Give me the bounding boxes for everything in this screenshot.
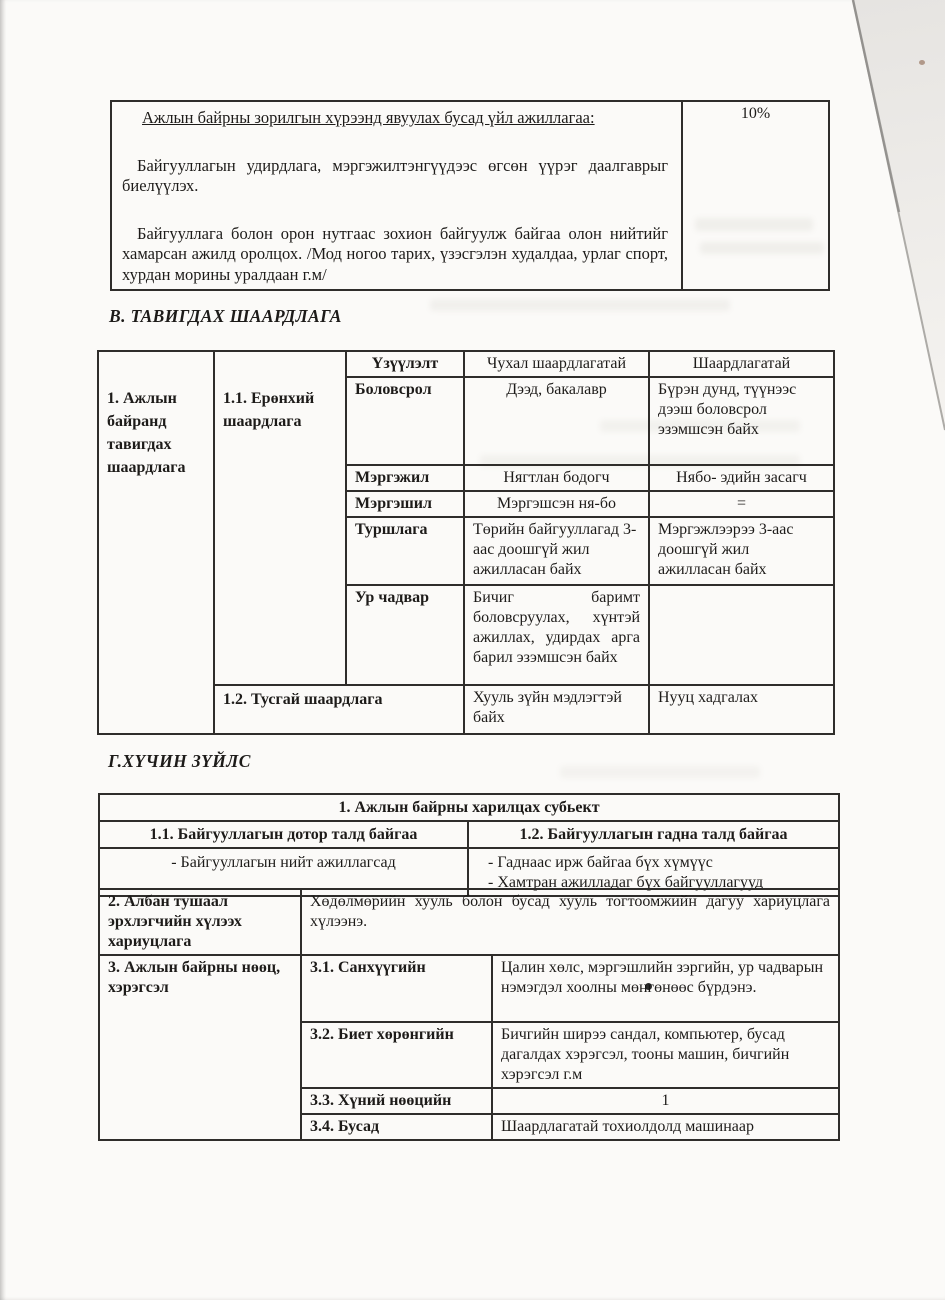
resource-row-label: 3.2. Биет хөрөнгийн xyxy=(301,1022,492,1088)
resource-row-label: 3.4. Бусад xyxy=(301,1114,492,1140)
scan-dot-artifact xyxy=(645,983,652,990)
percent-value: 10% xyxy=(741,105,770,122)
responsibility-label: 2. Албан тушаал эрхлэгчийн хүлээх хариуц… xyxy=(99,889,301,955)
requirements-table: 1. Ажлын байранд тавигдах шаардлага 1.1.… xyxy=(97,350,835,735)
factors-table-details: 2. Албан тушаал эрхлэгчийн хүлээх хариуц… xyxy=(98,888,840,1141)
req-critical-cell: Мэргэшсэн ня-бо xyxy=(464,491,649,517)
req-required-cell: = xyxy=(649,491,834,517)
factors-outside-header: 1.2. Байгууллагын гадна талд байгаа xyxy=(468,821,839,848)
req-special-required: Нууц хадгалах xyxy=(649,685,834,734)
req-row-label: Ур чадвар xyxy=(346,585,464,685)
section-g-heading: Г.ХҮЧИН ЗҮЙЛС xyxy=(108,751,251,772)
req-special-critical: Хууль зүйн мэдлэгтэй байх xyxy=(464,685,649,734)
req-group-cell: 1. Ажлын байранд тавигдах шаардлага xyxy=(98,351,214,734)
section-b-heading: В. ТАВИГДАХ ШААРДЛАГА xyxy=(109,306,342,327)
factors-table-subjects: 1. Ажлын байрны харилцах субьект 1.1. Ба… xyxy=(98,793,840,897)
req-critical-cell: Дээд, бакалавр xyxy=(464,377,649,465)
req-required-cell: Мэргэжлээрээ 3-аас доошгүй жил ажилласан… xyxy=(649,517,834,585)
activity-paragraph: Байгууллагын удирдлага, мэргэжилтэнгүүдэ… xyxy=(122,156,668,197)
req-required-cell: Бүрэн дунд, түүнээс дээш боловсрол эзэмш… xyxy=(649,377,834,465)
activity-percent-cell: 10% xyxy=(682,101,829,290)
req-critical-cell: Төрийн байгууллагад 3-аас доошгүй жил аж… xyxy=(464,517,649,585)
resource-row-value: 1 xyxy=(492,1088,839,1114)
bleedthrough-artifact xyxy=(560,766,760,778)
activity-cell: Ажлын байрны зорилгын хүрээнд явуулах бу… xyxy=(111,101,682,290)
req-row-label: Мэргэшил xyxy=(346,491,464,517)
req-critical-cell: Бичиг баримт боловсруулах, хүнтэй ажилла… xyxy=(464,585,649,685)
req-required-cell: Нябо- эдийн засагч xyxy=(649,465,834,491)
req-header-indicator: Үзүүлэлт xyxy=(346,351,464,377)
req-critical-cell: Нягтлан бодогч xyxy=(464,465,649,491)
resources-label: 3. Ажлын байрны нөөц, хэрэгсэл xyxy=(99,955,301,1140)
resource-row-value: Шаардлагатай тохиолдолд машинаар xyxy=(492,1114,839,1140)
req-special-label: 1.2. Тусгай шаардлага xyxy=(214,685,464,734)
req-header-critical: Чухал шаардлагатай xyxy=(464,351,649,377)
factors-inside-header: 1.1. Байгууллагын дотор талд байгаа xyxy=(99,821,468,848)
activity-paragraph: Байгууллага болон орон нутгаас зохион ба… xyxy=(122,224,668,286)
req-subgroup-cell: 1.1. Ерөнхий шаардлага xyxy=(214,351,346,685)
resource-row-label: 3.3. Хүний нөөцийн xyxy=(301,1088,492,1114)
bleedthrough-artifact xyxy=(430,299,730,311)
req-required-cell xyxy=(649,585,834,685)
responsibility-text: Хөдөлмөрийн хууль болон бусад хууль тогт… xyxy=(301,889,839,955)
req-header-required: Шаардлагатай xyxy=(649,351,834,377)
activity-heading: Ажлын байрны зорилгын хүрээнд явуулах бу… xyxy=(122,108,668,129)
req-row-label: Туршлага xyxy=(346,517,464,585)
req-row-label: Боловсрол xyxy=(346,377,464,465)
scanned-document-page: Ажлын байрны зорилгын хүрээнд явуулах бу… xyxy=(0,0,945,1300)
resource-row-value: Бичгийн ширээ сандал, компьютер, бусад д… xyxy=(492,1022,839,1088)
scan-left-edge-shadow xyxy=(0,0,6,1300)
req-row-label: Мэргэжил xyxy=(346,465,464,491)
page-fold-corner xyxy=(853,0,945,430)
activity-table: Ажлын байрны зорилгын хүрээнд явуулах бу… xyxy=(110,100,830,291)
resource-row-value: Цалин хөлс, мэргэшлийн зэргийн, ур чадва… xyxy=(492,955,839,1022)
factors-subject-header: 1. Ажлын байрны харилцах субьект xyxy=(99,794,839,821)
resource-row-label: 3.1. Санхүүгийн xyxy=(301,955,492,1022)
scan-speck xyxy=(919,60,925,65)
list-item: - Гаднаас ирж байгаа бүх хүмүүс xyxy=(488,853,830,873)
